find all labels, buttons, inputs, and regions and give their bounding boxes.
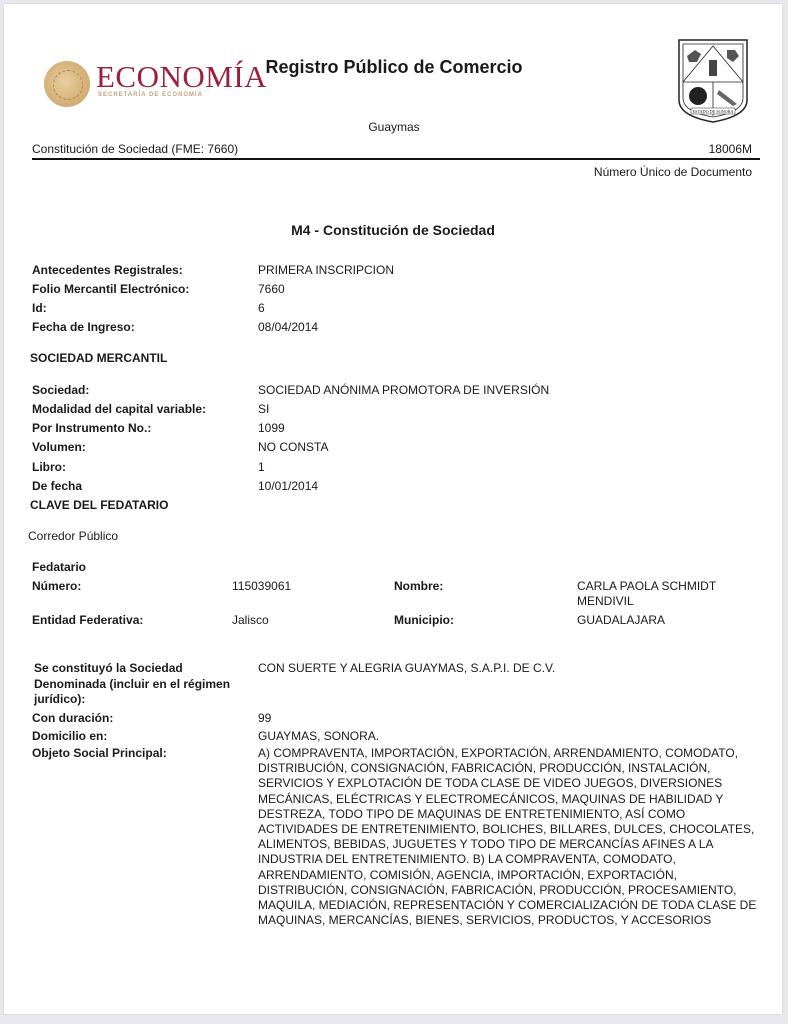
volumen-label: Volumen: xyxy=(32,440,86,454)
folio-label: Folio Mercantil Electrónico: xyxy=(32,282,189,296)
denominada-label: Se constituyó la Sociedad Denominada (in… xyxy=(34,661,254,708)
objeto-label: Objeto Social Principal: xyxy=(32,746,167,760)
entidad-label: Entidad Federativa: xyxy=(32,613,143,627)
id-label: Id: xyxy=(32,301,47,315)
document-number: 18006M xyxy=(709,142,752,156)
fecha-ingreso-label: Fecha de Ingreso: xyxy=(32,320,135,334)
denominada-value: CON SUERTE Y ALEGRIA GUAYMAS, S.A.P.I. D… xyxy=(258,661,555,675)
economia-logo-text: ECONOMÍA xyxy=(96,59,267,95)
header-divider xyxy=(32,158,760,160)
svg-text:ESTADO DE SONORA: ESTADO DE SONORA xyxy=(692,109,733,114)
fecha-ingreso-value: 08/04/2014 xyxy=(258,320,318,334)
fedatario-subheading: Fedatario xyxy=(32,560,86,574)
document-number-label: Número Único de Documento xyxy=(594,165,752,179)
denominada-label-line3: jurídico): xyxy=(34,692,254,708)
numero-label: Número: xyxy=(32,579,81,593)
instrumento-label: Por Instrumento No.: xyxy=(32,421,151,435)
instrumento-value: 1099 xyxy=(258,421,285,435)
numero-value: 115039061 xyxy=(232,579,291,593)
antecedentes-label: Antecedentes Registrales: xyxy=(32,263,183,277)
mexico-seal-icon xyxy=(44,61,90,107)
document-page: ECONOMÍA SECRETARÍA DE ECONOMÍA Registro… xyxy=(4,4,782,1014)
objeto-social-text: A) COMPRAVENTA, IMPORTACIÓN, EXPORTACIÓN… xyxy=(258,746,758,928)
folio-value: 7660 xyxy=(258,282,285,296)
municipio-value: GUADALAJARA xyxy=(577,613,665,627)
document-header-title: Registro Público de Comercio xyxy=(264,56,524,79)
sociedad-mercantil-heading: SOCIEDAD MERCANTIL xyxy=(30,351,167,365)
entidad-value: Jalisco xyxy=(232,613,269,627)
capital-variable-value: SI xyxy=(258,402,269,416)
clave-fedatario-heading: CLAVE DEL FEDATARIO xyxy=(30,498,168,512)
volumen-value: NO CONSTA xyxy=(258,440,328,454)
duracion-value: 99 xyxy=(258,711,271,725)
domicilio-label: Domicilio en: xyxy=(32,729,107,743)
domicilio-value: GUAYMAS, SONORA. xyxy=(258,729,379,743)
duracion-label: Con duración: xyxy=(32,711,113,725)
header-city: Guaymas xyxy=(264,120,524,134)
nombre-value-line2: MENDIVIL xyxy=(577,594,634,608)
id-value: 6 xyxy=(258,301,265,315)
de-fecha-label: De fecha xyxy=(32,479,82,493)
sonora-crest-icon: ESTADO DE SONORA xyxy=(677,38,749,124)
section-title: M4 - Constitución de Sociedad xyxy=(4,222,782,238)
nombre-label: Nombre: xyxy=(394,579,443,593)
libro-value: 1 xyxy=(258,460,265,474)
antecedentes-value: PRIMERA INSCRIPCION xyxy=(258,263,394,277)
sociedad-value: SOCIEDAD ANÓNIMA PROMOTORA DE INVERSIÓN xyxy=(258,383,549,397)
denominada-label-line1: Se constituyó la Sociedad xyxy=(34,661,254,677)
denominada-label-line2: Denominada (incluir en el régimen xyxy=(34,677,254,693)
economia-logo-subtext: SECRETARÍA DE ECONOMÍA xyxy=(98,92,203,98)
capital-variable-label: Modalidad del capital variable: xyxy=(32,402,206,416)
municipio-label: Municipio: xyxy=(394,613,454,627)
de-fecha-value: 10/01/2014 xyxy=(258,479,318,493)
fedatario-type: Corredor Público xyxy=(28,529,118,543)
document-type: Constitución de Sociedad (FME: 7660) xyxy=(32,142,238,156)
sociedad-label: Sociedad: xyxy=(32,383,89,397)
nombre-value-line1: CARLA PAOLA SCHMIDT xyxy=(577,579,716,593)
libro-label: Libro: xyxy=(32,460,66,474)
